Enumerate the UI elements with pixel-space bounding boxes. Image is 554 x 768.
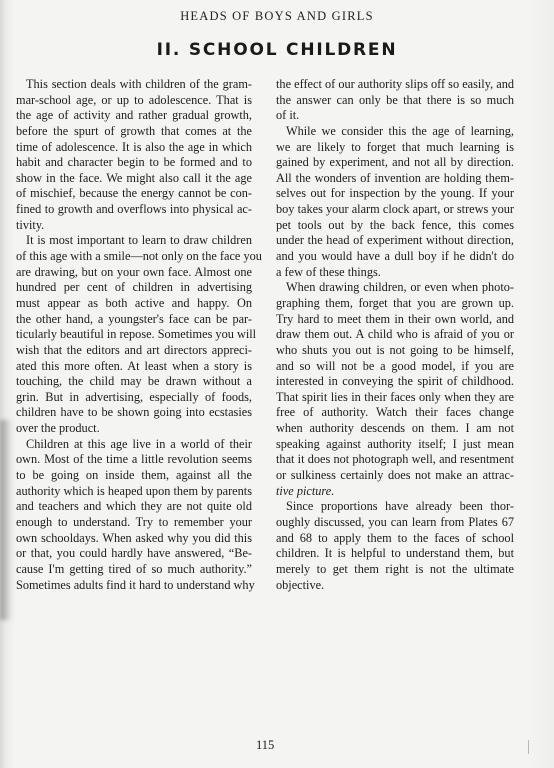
text-line: speaking against authority itself; I jus…	[276, 437, 514, 453]
text-line: free of authority. Watch their faces cha…	[276, 405, 514, 421]
text-line: the other hand, a youngster's face can b…	[16, 312, 252, 328]
text-line: wish that the editors and art directors …	[16, 343, 252, 359]
text-line: are drawing, but on your own face. Almos…	[16, 265, 252, 281]
text-line: we are likely to forget that much learni…	[276, 140, 514, 156]
text-line: and so will not be a good model, if you …	[276, 359, 514, 375]
text-line: when authority descends on them. I am no…	[276, 421, 514, 437]
text-line: When drawing children, or even when phot…	[276, 280, 514, 296]
text-line: Children at this age live in a world of …	[16, 437, 252, 453]
text-line: ticularly beautiful in repose. Sometimes…	[16, 327, 252, 343]
text-line: or sulkiness certainly does not make an …	[276, 468, 514, 484]
text-line: While we consider this the age of learni…	[276, 124, 514, 140]
text-line: children. It is helpful to understand th…	[276, 546, 514, 562]
page-number: 115	[256, 738, 274, 753]
text-line: and teachers and which they are not quit…	[16, 499, 252, 515]
text-line: of mischief, because the energy cannot b…	[16, 186, 252, 202]
text-line: selves out for inspection by the young. …	[276, 186, 514, 202]
right-column: the effect of our authority slips off so…	[276, 77, 514, 593]
text-line: objective.	[276, 578, 514, 594]
text-line: own. Most of the time a little revolutio…	[16, 452, 252, 468]
text-line: graphing them, forget that you are grown…	[276, 296, 514, 312]
text-line: habit and character begin to be formed a…	[16, 155, 252, 171]
paragraph-3: Children at this age live in a world of …	[16, 437, 252, 593]
text-line: the answer can only be that there is so …	[276, 93, 514, 109]
left-column: This section deals with children of the …	[16, 77, 252, 593]
scan-mark	[528, 740, 529, 754]
text-line: mar-school age, or up to adolescence. Th…	[16, 93, 252, 109]
text-line: grin. But in advertising, especially of …	[16, 390, 252, 406]
text-line: tivity.	[16, 218, 252, 234]
text-line: children have to be shown going into ecs…	[16, 405, 252, 421]
text-line: interested in conveying the spirit of ch…	[276, 374, 514, 390]
text-line: and 68 to apply them to the faces of sch…	[276, 531, 514, 547]
text-line: the effect of our authority slips off so…	[276, 77, 514, 93]
binding-shadow	[0, 420, 14, 620]
text-line: and you would have a dull boy if he didn…	[276, 249, 514, 265]
running-head: HEADS OF BOYS AND GIRLS	[0, 9, 554, 24]
text-line: fined to growth and overflows into physi…	[16, 202, 252, 218]
text-line: Try hard to meet them in their own world…	[276, 312, 514, 328]
chapter-title: II. SCHOOL CHILDREN	[0, 40, 554, 60]
text-line: gained by experiment, and not all by dir…	[276, 155, 514, 171]
text-line: draw them out. A child who is afraid of …	[276, 327, 514, 343]
text-line: hundred per cent of children in advertis…	[16, 280, 252, 296]
text-line: That spirit lies in their faces only whe…	[276, 390, 514, 406]
text-line: pet tools out by the back fence, this co…	[276, 218, 514, 234]
text-line: All the wonders of invention are holding…	[276, 171, 514, 187]
text-line: Sometimes adults find it hard to underst…	[16, 578, 252, 594]
text-line: that it does not photograph well, and re…	[276, 452, 514, 468]
text-line: a few of these things.	[276, 265, 514, 281]
text-line: boy takes your alarm clock apart, or str…	[276, 202, 514, 218]
paragraph-4: the effect of our authority slips off so…	[276, 77, 514, 124]
text-line: over the product.	[16, 421, 252, 437]
text-line: ated this more often. At least when a st…	[16, 359, 252, 375]
text-line: who shuts you out is not going to be him…	[276, 343, 514, 359]
text-line: touching, the child may be drawn without…	[16, 374, 252, 390]
text-line: to be going on inside them, against all …	[16, 468, 252, 484]
text-line: own schooldays. When asked why you did t…	[16, 531, 252, 547]
text-line: It is most important to learn to draw ch…	[16, 233, 252, 249]
text-line: or that, you could hardly have answered,…	[16, 546, 252, 562]
text-line: enough to understand. Try to remember yo…	[16, 515, 252, 531]
text-line: This section deals with children of the …	[16, 77, 252, 93]
paragraph-2: It is most important to learn to draw ch…	[16, 233, 252, 436]
text-line: merely to get them right is not the ulti…	[276, 562, 514, 578]
text-line: must appear as both active and happy. On	[16, 296, 252, 312]
paragraph-1: This section deals with children of the …	[16, 77, 252, 233]
paragraph-7: Since proportions have already been thor…	[276, 499, 514, 593]
paragraph-6: When drawing children, or even when phot…	[276, 280, 514, 499]
text-line: of it.	[276, 108, 514, 124]
text-line: Since proportions have already been thor…	[276, 499, 514, 515]
text-line: tive picture.	[276, 484, 514, 500]
text-line: under the head of experiment without dir…	[276, 233, 514, 249]
text-line: before the spurt of growth that comes at…	[16, 124, 252, 140]
text-line: oughly discussed, you can learn from Pla…	[276, 515, 514, 531]
text-line: time of adolescence. It is also the age …	[16, 140, 252, 156]
paragraph-5: While we consider this the age of learni…	[276, 124, 514, 280]
text-line: of this age with a smile—not only on the…	[16, 249, 252, 265]
text-line: authority which is heaped upon them by p…	[16, 484, 252, 500]
text-line: the age of activity and rather gradual g…	[16, 108, 252, 124]
text-line: show in the face. We might also call it …	[16, 171, 252, 187]
text-line: cause I'm getting tired of so much autho…	[16, 562, 252, 578]
